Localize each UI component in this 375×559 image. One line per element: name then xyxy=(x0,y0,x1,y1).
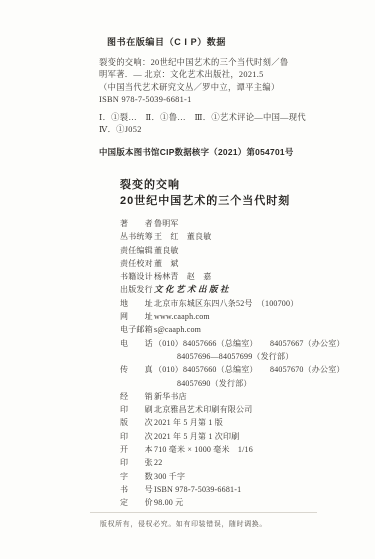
colophon-row: 开 本710 毫米 × 1000 毫米 1/16 xyxy=(120,443,345,456)
copyright-notice: 版权所有，侵权必究。如有印装错误，随时调换。 xyxy=(100,518,267,528)
colophon-label: 出版发行 xyxy=(120,283,154,296)
colophon-label: 经 销 xyxy=(120,390,154,403)
colophon-row: 定 价98.00 元 xyxy=(120,496,345,509)
colophon-label: 字 数 xyxy=(120,470,154,483)
colophon-row: 84057690（发行部） xyxy=(120,377,345,390)
colophon-label: 书 号 xyxy=(120,483,154,496)
colophon-value: 84057696—84057699（发行部） xyxy=(177,350,293,363)
colophon-row: 经 销新华书店 xyxy=(120,390,345,403)
colophon-row: 责任编辑董良敏 xyxy=(120,244,345,257)
cip-description-line: 明军著．— 北京：文化艺术出版社，2021.5 xyxy=(99,69,288,81)
colophon-label: 电 话 xyxy=(120,337,154,350)
colophon-value: s@caaph.com xyxy=(154,323,201,336)
colophon-label: 丛书统筹 xyxy=(120,230,154,243)
colophon-value: 710 毫米 × 1000 毫米 1/16 xyxy=(154,443,253,456)
colophon-label: 印 张 xyxy=(120,456,154,469)
book-subtitle: 20世纪中国艺术的三个当代时刻 xyxy=(120,193,290,209)
colophon-value: 84057690（发行部） xyxy=(177,377,252,390)
colophon-value: ISBN 978-7-5039-6681-1 xyxy=(154,483,241,496)
cip-description: 裂变的交响：20世纪中国艺术的三个当代时刻／鲁明军著．— 北京：文化艺术出版社，… xyxy=(99,57,288,107)
colophon-label: 责任校对 xyxy=(120,257,154,270)
colophon-row: 传 真（010）84057660（总编室） 84057670（办公室） xyxy=(120,363,345,376)
colophon-value: 98.00 元 xyxy=(154,496,183,509)
colophon-row: 责任校对董 斌 xyxy=(120,257,345,270)
colophon-row: 书 号ISBN 978-7-5039-6681-1 xyxy=(120,483,345,496)
colophon-value: （010）84057666（总编室） 84057667（办公室） xyxy=(154,337,345,350)
copyright-page: 图书在版编目（C I P）数据 裂变的交响：20世纪中国艺术的三个当代时刻／鲁明… xyxy=(0,0,375,559)
colophon-value: 鲁明军 xyxy=(154,217,179,230)
colophon-value: 22 xyxy=(154,456,162,469)
colophon-row: 书籍设计杨林青 赵 嘉 xyxy=(120,270,345,283)
colophon-value: 2021 年 5 月第 1 次印刷 xyxy=(154,430,239,443)
colophon-row: 地 址北京市东城区东四八条52号 （100700） xyxy=(120,297,345,310)
colophon-label: 开 本 xyxy=(120,443,154,456)
colophon-row: 出版发行文化艺术出版社 xyxy=(120,283,345,296)
colophon-label: 传 真 xyxy=(120,363,154,376)
colophon-value: 北京雅昌艺术印刷有限公司 xyxy=(154,403,252,416)
colophon-row: 字 数300 千字 xyxy=(120,470,345,483)
cip-classification-line: Ⅳ．①J052 xyxy=(99,124,306,136)
cip-description-line: 裂变的交响：20世纪中国艺术的三个当代时刻／鲁 xyxy=(99,57,288,69)
colophon-row: 印 张22 xyxy=(120,456,345,469)
colophon-label: 著 者 xyxy=(120,217,154,230)
cip-classification-line: Ⅰ．①裂… Ⅱ．①鲁… Ⅲ．①艺术评论—中国—现代 xyxy=(99,112,306,124)
colophon-value: 董 斌 xyxy=(154,257,179,270)
colophon-label: 书籍设计 xyxy=(120,270,154,283)
colophon-value: 文化艺术出版社 xyxy=(154,283,231,296)
colophon-label: 定 价 xyxy=(120,496,154,509)
colophon: 著 者鲁明军丛书统筹王 红 董良敏责任编辑董良敏责任校对董 斌书籍设计杨林青 赵… xyxy=(120,217,345,510)
colophon-value: 新华书店 xyxy=(154,390,187,403)
cip-record-number: 中国版本图书馆CIP数据核字（2021）第054701号 xyxy=(99,146,294,158)
colophon-value: 董良敏 xyxy=(154,244,179,257)
colophon-row: 印 刷北京雅昌艺术印刷有限公司 xyxy=(120,403,345,416)
colophon-label: 版 次 xyxy=(120,416,154,429)
colophon-value: 王 红 董良敏 xyxy=(154,230,211,243)
colophon-row: 84057696—84057699（发行部） xyxy=(120,350,345,363)
colophon-value: 300 千字 xyxy=(154,470,185,483)
colophon-row: 著 者鲁明军 xyxy=(120,217,345,230)
colophon-label: 责任编辑 xyxy=(120,244,154,257)
cip-description-line: （中国当代艺术研究文丛／罗中立，谭平主编） xyxy=(99,82,288,94)
colophon-row: 丛书统筹王 红 董良敏 xyxy=(120,230,345,243)
cip-classification: Ⅰ．①裂… Ⅱ．①鲁… Ⅲ．①艺术评论—中国—现代Ⅳ．①J052 xyxy=(99,112,306,137)
colophon-label: 印 刷 xyxy=(120,403,154,416)
colophon-label: 电子邮箱 xyxy=(120,323,154,336)
book-title: 裂变的交响 xyxy=(120,177,290,193)
colophon-value: 北京市东城区东四八条52号 （100700） xyxy=(154,297,298,310)
colophon-value: 杨林青 赵 嘉 xyxy=(154,270,211,283)
cip-header: 图书在版编目（C I P）数据 xyxy=(107,35,226,48)
colophon-value: （010）84057660（总编室） 84057670（办公室） xyxy=(154,363,345,376)
colophon-row: 版 次2021 年 5 月第 1 版 xyxy=(120,416,345,429)
colophon-row: 电 话（010）84057666（总编室） 84057667（办公室） xyxy=(120,337,345,350)
colophon-label: 印 次 xyxy=(120,430,154,443)
book-title-block: 裂变的交响 20世纪中国艺术的三个当代时刻 xyxy=(120,177,290,209)
colophon-label: 地 址 xyxy=(120,297,154,310)
colophon-label: 网 址 xyxy=(120,310,154,323)
divider xyxy=(90,512,317,513)
colophon-row: 印 次2021 年 5 月第 1 次印刷 xyxy=(120,430,345,443)
colophon-row: 网 址www.caaph.com xyxy=(120,310,345,323)
colophon-value: 2021 年 5 月第 1 版 xyxy=(154,416,223,429)
colophon-value: www.caaph.com xyxy=(154,310,210,323)
colophon-row: 电子邮箱s@caaph.com xyxy=(120,323,345,336)
cip-description-line: ISBN 978-7-5039-6681-1 xyxy=(99,94,288,106)
